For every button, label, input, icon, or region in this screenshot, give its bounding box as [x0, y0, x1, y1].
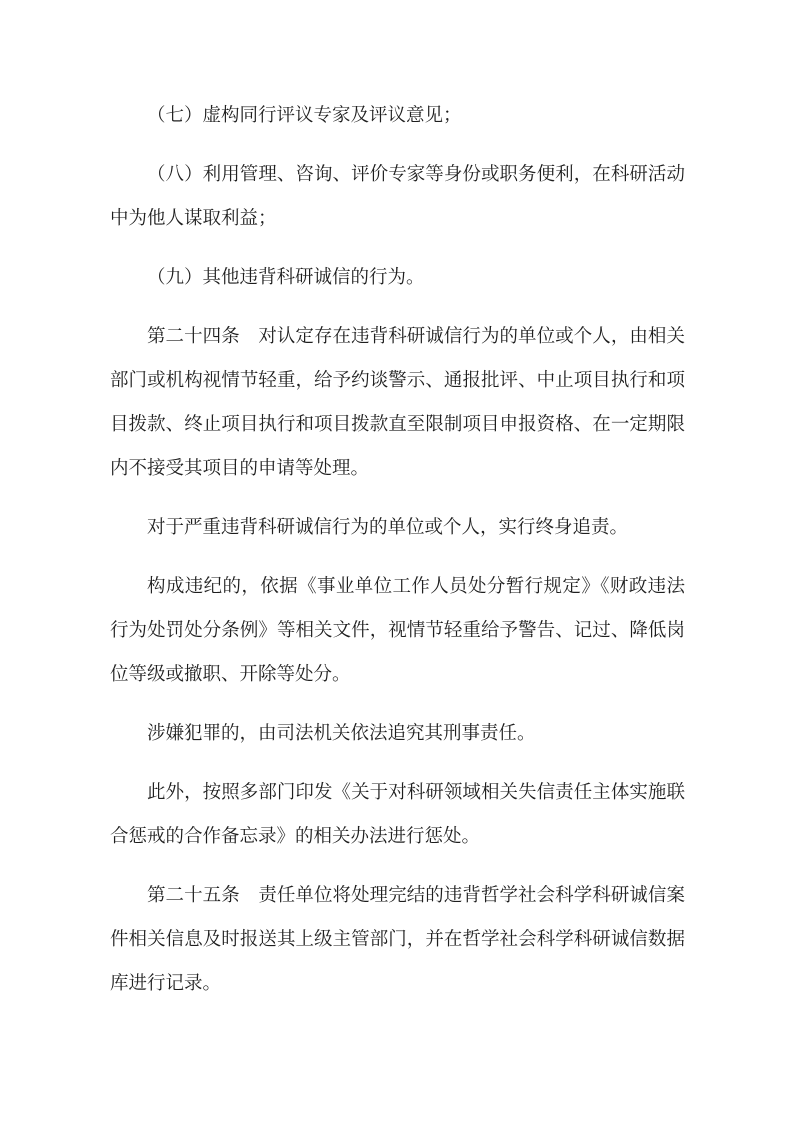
- clause-item-9: （九）其他违背科研诚信的行为。: [110, 256, 685, 300]
- article-24-criminal-liability: 涉嫌犯罪的，由司法机关依法追究其刑事责任。: [110, 712, 685, 756]
- article-24-lifelong-accountability: 对于严重违背科研诚信行为的单位或个人，实行终身追责。: [110, 506, 685, 550]
- article-24-main: 第二十四条 对认定存在违背科研诚信行为的单位或个人，由相关部门或机构视情节轻重，…: [110, 315, 685, 491]
- document-page: （七）虚构同行评议专家及评议意见； （八）利用管理、咨询、评价专家等身份或职务便…: [0, 0, 793, 1122]
- article-25-main: 第二十五条 责任单位将处理完结的违背哲学社会科学科研诚信案件相关信息及时报送其上…: [110, 874, 685, 1006]
- clause-item-8: （八）利用管理、咨询、评价专家等身份或职务便利，在科研活动中为他人谋取利益；: [110, 153, 685, 241]
- article-24-joint-punishment: 此外，按照多部门印发《关于对科研领域相关失信责任主体实施联合惩戒的合作备忘录》的…: [110, 771, 685, 859]
- article-24-disciplinary-sanctions: 构成违纪的，依据《事业单位工作人员处分暂行规定》《财政违法行为处罚处分条例》等相…: [110, 565, 685, 697]
- clause-item-7: （七）虚构同行评议专家及评议意见；: [110, 94, 685, 138]
